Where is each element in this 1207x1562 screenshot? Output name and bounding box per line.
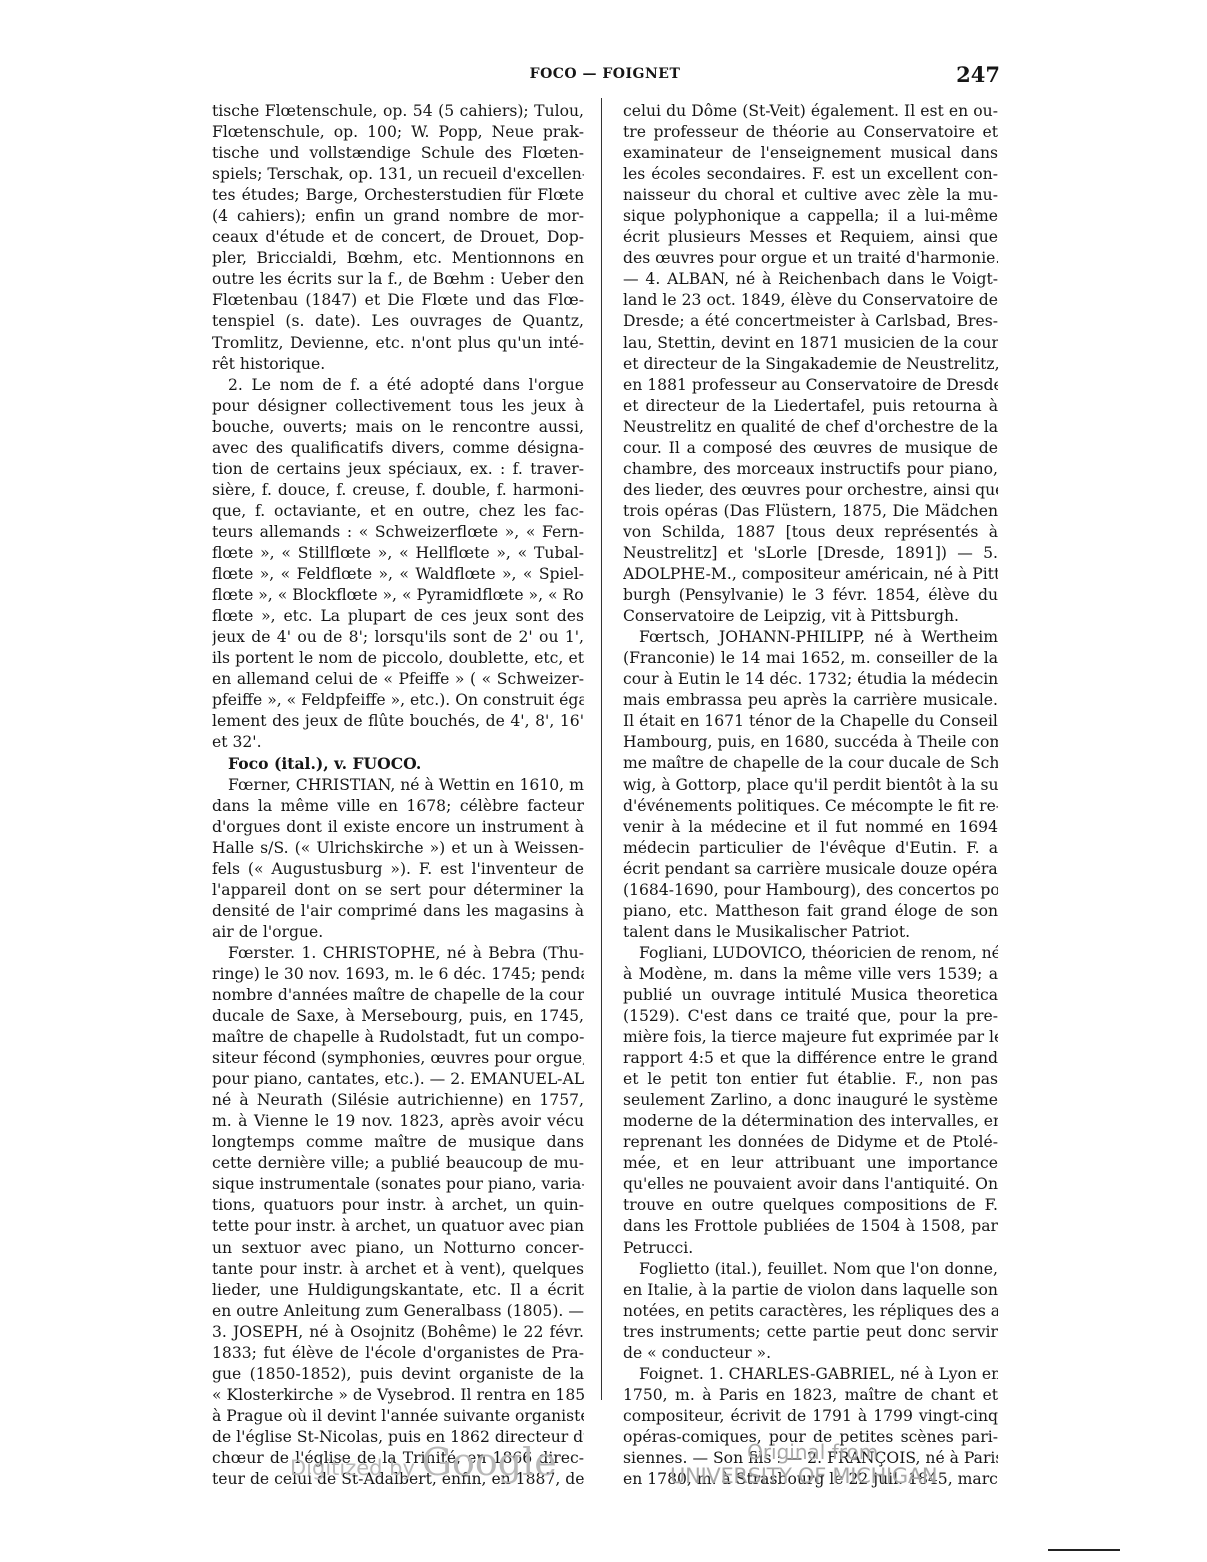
text-line: Tromlitz, Devienne, etc. n'ont plus qu'u… xyxy=(212,333,584,354)
text-line: nombre d'années maître de chapelle de la… xyxy=(212,985,584,1006)
text-line: lement des jeux de flûte bouchés, de 4',… xyxy=(212,711,584,732)
text-line: mière fois, la tierce majeure fut exprim… xyxy=(623,1027,998,1048)
text-line: « Klosterkirche » de Vysebrod. Il rentra… xyxy=(212,1385,584,1406)
text-line: lieder, une Huldigungskantate, etc. Il a… xyxy=(212,1280,584,1301)
text-line: me maître de chapelle de la cour ducale … xyxy=(623,753,998,774)
text-line: trouve en outre quelques compositions de… xyxy=(623,1195,998,1216)
text-line: dans les Frottole publiées de 1504 à 150… xyxy=(623,1216,998,1237)
text-line: et le petit ton entier fut établie. F., … xyxy=(623,1069,998,1090)
text-line: et directeur de la Liedertafel, puis ret… xyxy=(623,396,998,417)
text-line: venir à la médecine et il fut nommé en 1… xyxy=(623,817,998,838)
text-line: publié un ouvrage intitulé Musica theore… xyxy=(623,985,998,1006)
text-line: maître de chapelle à Rudolstadt, fut un … xyxy=(212,1027,584,1048)
left-column: tische Flœtenschule, op. 54 (5 cahiers);… xyxy=(212,101,584,1490)
text-line: notées, en petits caractères, les répliq… xyxy=(623,1301,998,1322)
text-line: (4 cahiers); enfin un grand nombre de mo… xyxy=(212,206,584,227)
text-line: air de l'orgue. xyxy=(212,922,584,943)
text-line: Flœtenschule, op. 100; W. Popp, Neue pra… xyxy=(212,122,584,143)
text-line: (1529). C'est dans ce traité que, pour l… xyxy=(623,1006,998,1027)
text-line: flœte », « Stillflœte », « Hellflœte », … xyxy=(212,543,584,564)
digitized-prefix: Digitized by xyxy=(290,1456,415,1480)
text-line: sière, f. douce, f. creuse, f. double, f… xyxy=(212,480,584,501)
text-line: trois opéras (Das Flüstern, 1875, Die Mä… xyxy=(623,501,998,522)
text-line: et 32'. xyxy=(212,732,584,753)
text-line: tische Flœtenschule, op. 54 (5 cahiers);… xyxy=(212,101,584,122)
text-line: cour à Eutin le 14 déc. 1732; étudia la … xyxy=(623,669,998,690)
original-from-label: Original from xyxy=(688,1440,937,1464)
text-line: 1750, m. à Paris en 1823, maître de chan… xyxy=(623,1385,998,1406)
text-line: celui du Dôme (St-Veit) également. Il es… xyxy=(623,101,998,122)
text-line: de « conducteur ». xyxy=(623,1343,998,1364)
text-line: seulement Zarlino, a donc inauguré le sy… xyxy=(623,1090,998,1111)
text-line: (Franconie) le 14 mai 1652, m. conseille… xyxy=(623,648,998,669)
text-line: wig, à Gottorp, place qu'il perdit bient… xyxy=(623,775,998,796)
text-line: des lieder, des œuvres pour orchestre, a… xyxy=(623,480,998,501)
entry-foco: Foco (ital.), v. FUOCO. xyxy=(212,753,584,774)
text-line: m. à Vienne le 19 nov. 1823, après avoir… xyxy=(212,1111,584,1132)
text-line: Halle s/S. (« Ulrichskirche ») et un à W… xyxy=(212,838,584,859)
entry-foerner: Fœrner, CHRISTIAN, né à Wettin en 1610, … xyxy=(212,775,584,796)
page-end-rule xyxy=(1048,1549,1120,1551)
text-line: von Schilda, 1887 [tous deux représentés… xyxy=(623,522,998,543)
text-line: en outre Anleitung zum Generalbass (1805… xyxy=(212,1301,584,1322)
digitized-by-google: Digitized by Google xyxy=(290,1440,557,1484)
text-line: d'événements politiques. Ce mécompte le … xyxy=(623,796,998,817)
entry-foerster: Fœrster. 1. CHRISTOPHE, né à Bebra (Thu- xyxy=(212,943,584,964)
text-line: en 1881 professeur au Conservatoire de D… xyxy=(623,375,998,396)
text-line: des œuvres pour orgue et un traité d'har… xyxy=(623,248,998,269)
entry-foignet: Foignet. 1. CHARLES-GABRIEL, né à Lyon e… xyxy=(623,1364,998,1385)
text-line: Neustrelitz en qualité de chef d'orchest… xyxy=(623,417,998,438)
text-line: ceaux d'étude et de concert, de Drouet, … xyxy=(212,227,584,248)
text-line: tenspiel (s. date). Les ouvrages de Quan… xyxy=(212,311,584,332)
original-source: Original from UNIVERSITY OF MICHIGAN xyxy=(670,1440,937,1488)
text-line: piano, etc. Mattheson fait grand éloge d… xyxy=(623,901,998,922)
text-line: land le 23 oct. 1849, élève du Conservat… xyxy=(623,290,998,311)
paragraph-start: 2. Le nom de f. a été adopté dans l'orgu… xyxy=(212,375,584,396)
university-name: UNIVERSITY OF MICHIGAN xyxy=(670,1464,937,1488)
text-line: 1833; fut élève de l'école d'organistes … xyxy=(212,1343,584,1364)
text-line: rapport 4:5 et que la différence entre l… xyxy=(623,1048,998,1069)
text-line: tette pour instr. à archet, un quatuor a… xyxy=(212,1216,584,1237)
text-line: dans la même ville en 1678; célèbre fact… xyxy=(212,796,584,817)
text-line: Petrucci. xyxy=(623,1238,998,1259)
right-column: celui du Dôme (St-Veit) également. Il es… xyxy=(623,101,998,1490)
text-line: que, f. octaviante, et en outre, chez le… xyxy=(212,501,584,522)
text-line: longtemps comme maître de musique dans xyxy=(212,1132,584,1153)
text-line: reprenant les données de Didyme et de Pt… xyxy=(623,1132,998,1153)
text-line: les écoles secondaires. F. est un excell… xyxy=(623,164,998,185)
text-line: talent dans le Musikalischer Patriot. xyxy=(623,922,998,943)
text-line: en Italie, à la partie de violon dans la… xyxy=(623,1280,998,1301)
text-line: tion de certains jeux spéciaux, ex. : f.… xyxy=(212,459,584,480)
text-line: pour désigner collectivement tous les je… xyxy=(212,396,584,417)
text-line: né à Neurath (Silésie autrichienne) en 1… xyxy=(212,1090,584,1111)
text-line: qu'elles ne pouvaient avoir dans l'antiq… xyxy=(623,1174,998,1195)
text-line: tante pour instr. à archet et à vent), q… xyxy=(212,1259,584,1280)
text-line: pler, Briccialdi, Bœhm, etc. Mentionnons… xyxy=(212,248,584,269)
text-line: — 4. ALBAN, né à Reichenbach dans le Voi… xyxy=(623,269,998,290)
text-line: mais embrassa peu après la carrière musi… xyxy=(623,690,998,711)
text-line: à Prague où il devint l'année suivante o… xyxy=(212,1406,584,1427)
text-line: à Modène, m. dans la même ville vers 153… xyxy=(623,964,998,985)
text-line: teurs allemands : « Schweizerflœte », « … xyxy=(212,522,584,543)
text-line: spiels; Terschak, op. 131, un recueil d'… xyxy=(212,164,584,185)
text-line: pour piano, cantates, etc.). — 2. EMANUE… xyxy=(212,1069,584,1090)
text-line: mée, et en leur attribuant une importanc… xyxy=(623,1153,998,1174)
entry-fogliani: Fogliani, LUDOVICO, théoricien de renom,… xyxy=(623,943,998,964)
text-line: d'orgues dont il existe encore un instru… xyxy=(212,817,584,838)
text-line: (1684-1690, pour Hambourg), des concerto… xyxy=(623,880,998,901)
column-divider xyxy=(601,98,602,1400)
entry-foglietto: Foglietto (ital.), feuillet. Nom que l'o… xyxy=(623,1259,998,1280)
text-line: bouche, ouverts; mais on le rencontre au… xyxy=(212,417,584,438)
text-line: en allemand celui de « Pfeiffe » ( « Sch… xyxy=(212,669,584,690)
digitization-watermark: Digitized by Google Original from UNIVER… xyxy=(280,1430,980,1510)
text-line: ADOLPHE-M., compositeur américain, né à … xyxy=(623,564,998,585)
text-line: tische und vollstændige Schule des Flœte… xyxy=(212,143,584,164)
text-line: médecin particulier de l'évêque d'Eutin.… xyxy=(623,838,998,859)
text-line: et directeur de la Singakademie de Neust… xyxy=(623,354,998,375)
page-number: 247 xyxy=(956,62,1000,87)
text-line: Conservatoire de Leipzig, vit à Pittsbur… xyxy=(623,606,998,627)
text-line: chambre, des morceaux instructifs pour p… xyxy=(623,459,998,480)
text-line: tre professeur de théorie au Conservatoi… xyxy=(623,122,998,143)
text-line: 3. JOSEPH, né à Osojnitz (Bohême) le 22 … xyxy=(212,1322,584,1343)
text-line: ils portent le nom de piccolo, doublette… xyxy=(212,648,584,669)
text-line: l'appareil dont on se sert pour détermin… xyxy=(212,880,584,901)
page-header: FOCO — FOIGNET 247 xyxy=(210,62,1000,90)
text-line: ducale de Saxe, à Mersebourg, puis, en 1… xyxy=(212,1006,584,1027)
text-line: sique instrumentale (sonates pour piano,… xyxy=(212,1174,584,1195)
text-line: gue (1850-1852), puis devint organiste d… xyxy=(212,1364,584,1385)
text-line: tres instruments; cette partie peut donc… xyxy=(623,1322,998,1343)
text-line: outre les écrits sur la f., de Bœhm : Ue… xyxy=(212,269,584,290)
text-line: sique polyphonique a cappella; il a lui-… xyxy=(623,206,998,227)
text-line: tes études; Barge, Orchesterstudien für … xyxy=(212,185,584,206)
text-line: examinateur de l'enseignement musical da… xyxy=(623,143,998,164)
text-line: Dresde; a été concertmeister à Carlsbad,… xyxy=(623,311,998,332)
text-line: siteur fécond (symphonies, œuvres pour o… xyxy=(212,1048,584,1069)
text-line: rêt historique. xyxy=(212,354,584,375)
text-line: jeux de 4' ou de 8'; lorsqu'ils sont de … xyxy=(212,627,584,648)
google-logo-text: Google xyxy=(422,1440,557,1484)
text-line: écrit plusieurs Messes et Requiem, ainsi… xyxy=(623,227,998,248)
text-line: écrit pendant sa carrière musicale douze… xyxy=(623,859,998,880)
text-line: Flœtenbau (1847) et Die Flœte und das Fl… xyxy=(212,290,584,311)
text-line: lau, Stettin, devint en 1871 musicien de… xyxy=(623,333,998,354)
text-line: pfeiffe », « Feldpfeiffe », etc.). On co… xyxy=(212,690,584,711)
text-line: flœte », etc. La plupart de ces jeux son… xyxy=(212,606,584,627)
entry-foertsch: Fœrtsch, JOHANN-PHILIPP, né à Wertheim xyxy=(623,627,998,648)
text-line: flœte », « Feldflœte », « Waldflœte », «… xyxy=(212,564,584,585)
text-line: flœte », « Blockflœte », « Pyramidflœte … xyxy=(212,585,584,606)
text-line: naisseur du choral et cultive avec zèle … xyxy=(623,185,998,206)
text-line: un sextuor avec piano, un Notturno conce… xyxy=(212,1238,584,1259)
text-line: Neustrelitz] et 'sLorle [Dresde, 1891]) … xyxy=(623,543,998,564)
text-line: tions, quatuors pour instr. à archet, un… xyxy=(212,1195,584,1216)
text-line: moderne de la détermination des interval… xyxy=(623,1111,998,1132)
text-line: Hambourg, puis, en 1680, succéda à Theil… xyxy=(623,732,998,753)
text-line: avec des qualificatifs divers, comme dés… xyxy=(212,438,584,459)
text-line: cette dernière ville; a publié beaucoup … xyxy=(212,1153,584,1174)
text-line: fels (« Augustusburg »). F. est l'invent… xyxy=(212,859,584,880)
text-line: compositeur, écrivit de 1791 à 1799 ving… xyxy=(623,1406,998,1427)
text-line: densité de l'air comprimé dans les magas… xyxy=(212,901,584,922)
running-head: FOCO — FOIGNET xyxy=(210,66,1000,82)
text-line: burgh (Pensylvanie) le 3 févr. 1854, élè… xyxy=(623,585,998,606)
text-line: ringe) le 30 nov. 1693, m. le 6 déc. 174… xyxy=(212,964,584,985)
text-line: cour. Il a composé des œuvres de musique… xyxy=(623,438,998,459)
text-line: Il était en 1671 ténor de la Chapelle du… xyxy=(623,711,998,732)
